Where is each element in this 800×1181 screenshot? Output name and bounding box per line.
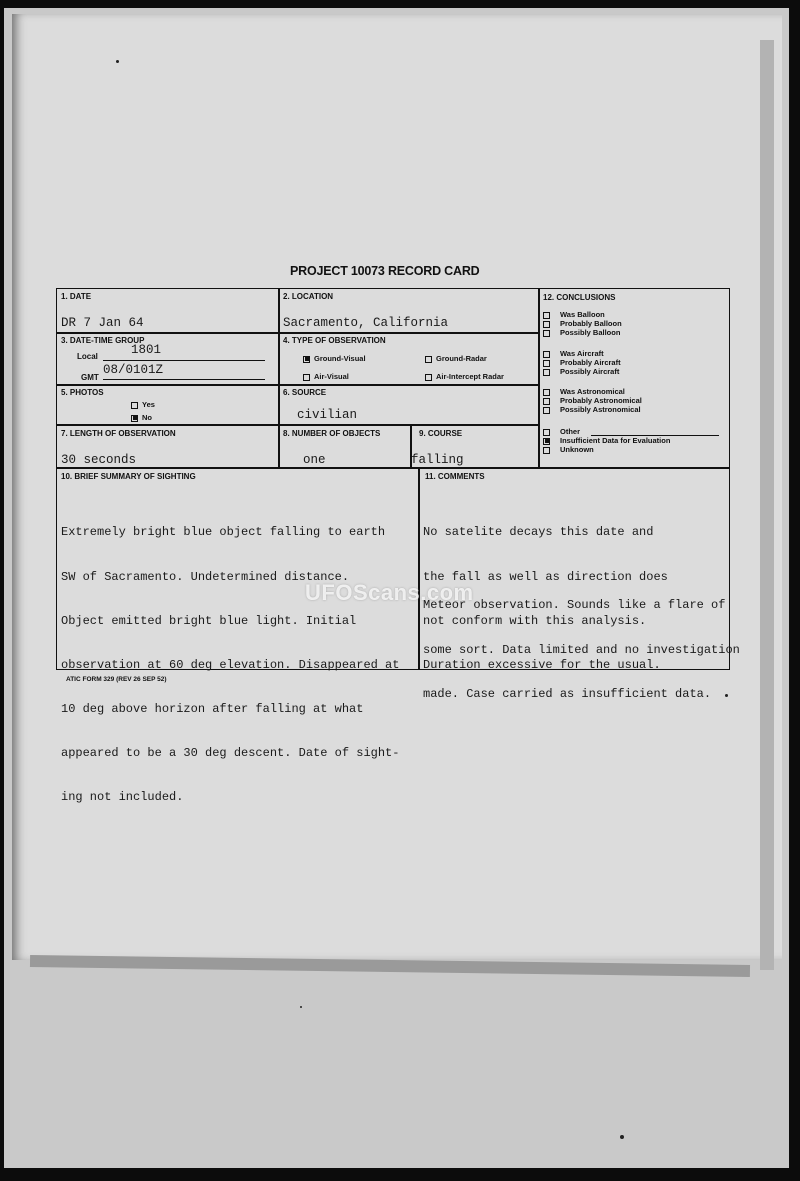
brief-summary-text: Extremely bright blue object falling to … <box>61 496 399 834</box>
record-card-form: 1. DATE DR 7 Jan 64 2. LOCATION Sacramen… <box>56 288 730 670</box>
checkbox-icon[interactable] <box>543 398 550 405</box>
conclusions-label: 12. CONCLUSIONS <box>543 293 615 302</box>
checkbox-icon[interactable] <box>543 351 550 358</box>
source-value: civilian <box>297 408 357 422</box>
checkbox-icon[interactable] <box>543 330 550 337</box>
number-of-objects-box: 8. NUMBER OF OBJECTS one <box>278 424 412 469</box>
conclusion-other[interactable]: Other <box>543 427 580 436</box>
sheet-right-edge <box>760 40 774 970</box>
option-ground-visual[interactable]: Ground-Visual <box>303 354 366 363</box>
dust-speck <box>116 60 119 63</box>
option-photos-no[interactable]: No <box>131 413 152 422</box>
comments-label: 11. COMMENTS <box>425 472 485 481</box>
number-of-objects-label: 8. NUMBER OF OBJECTS <box>283 429 380 438</box>
checkbox-icon[interactable] <box>543 429 550 436</box>
conclusion-insufficient-data[interactable]: Insufficient Data for Evaluation <box>543 436 670 445</box>
brief-summary-box: 10. BRIEF SUMMARY OF SIGHTING Extremely … <box>56 467 420 670</box>
conclusions-box: 12. CONCLUSIONS Was Balloon Probably Bal… <box>538 288 730 469</box>
source-label: 6. SOURCE <box>283 388 326 397</box>
conclusion-unknown[interactable]: Unknown <box>543 445 594 454</box>
course-value: falling <box>411 453 464 467</box>
form-footer: ATIC FORM 329 (REV 26 SEP 52) <box>66 676 167 683</box>
location-box: 2. LOCATION Sacramento, California <box>278 288 540 334</box>
option-ground-radar[interactable]: Ground-Radar <box>425 354 487 363</box>
gmt-time-value: 08/0101Z <box>103 363 163 377</box>
checkbox-icon[interactable] <box>543 360 550 367</box>
checkbox-icon[interactable] <box>131 402 138 409</box>
date-time-group-box: 3. DATE-TIME GROUP Local 1801 GMT 08/010… <box>56 332 280 386</box>
checkbox-icon[interactable] <box>425 374 432 381</box>
conclusion-possibly-aircraft[interactable]: Possibly Aircraft <box>543 367 619 376</box>
conclusion-probably-astronomical[interactable]: Probably Astronomical <box>543 396 642 405</box>
checkbox-icon[interactable] <box>425 356 432 363</box>
length-of-observation-value: 30 seconds <box>61 453 136 467</box>
source-box: 6. SOURCE civilian <box>278 384 540 426</box>
conclusion-was-astronomical[interactable]: Was Astronomical <box>543 387 625 396</box>
location-label: 2. LOCATION <box>283 292 333 301</box>
checkbox-icon[interactable] <box>543 312 550 319</box>
card-title: PROJECT 10073 RECORD CARD <box>290 264 480 278</box>
checkbox-icon[interactable] <box>543 389 550 396</box>
dust-speck <box>620 1135 624 1139</box>
type-of-observation-box: 4. TYPE OF OBSERVATION Ground-Visual Gro… <box>278 332 540 386</box>
length-of-observation-box: 7. LENGTH OF OBSERVATION 30 seconds <box>56 424 280 469</box>
conclusion-possibly-balloon[interactable]: Possibly Balloon <box>543 328 620 337</box>
option-air-visual[interactable]: Air-Visual <box>303 372 349 381</box>
date-box: 1. DATE DR 7 Jan 64 <box>56 288 280 334</box>
checkbox-icon[interactable] <box>543 447 550 454</box>
date-value: DR 7 Jan 64 <box>61 316 144 330</box>
conclusion-was-aircraft[interactable]: Was Aircraft <box>543 349 604 358</box>
length-of-observation-label: 7. LENGTH OF OBSERVATION <box>61 429 176 438</box>
location-value: Sacramento, California <box>283 316 448 330</box>
checkbox-icon[interactable] <box>543 369 550 376</box>
option-air-intercept-radar[interactable]: Air-Intercept Radar <box>425 372 504 381</box>
conclusion-possibly-astronomical[interactable]: Possibly Astronomical <box>543 405 641 414</box>
checkbox-checked-icon[interactable] <box>303 356 310 363</box>
dust-speck <box>300 1006 302 1008</box>
checkbox-checked-icon[interactable] <box>131 415 138 422</box>
gmt-label: GMT <box>81 373 99 382</box>
course-box: 9. COURSE falling <box>410 424 540 469</box>
local-label: Local <box>77 352 98 361</box>
watermark: UFOScans.com <box>305 580 474 606</box>
comments-box: 11. COMMENTS No satelite decays this dat… <box>418 467 730 670</box>
checkbox-icon[interactable] <box>543 407 550 414</box>
conclusion-was-balloon[interactable]: Was Balloon <box>543 310 605 319</box>
brief-summary-label: 10. BRIEF SUMMARY OF SIGHTING <box>61 472 196 481</box>
number-of-objects-value: one <box>303 453 326 467</box>
conclusion-probably-balloon[interactable]: Probably Balloon <box>543 319 622 328</box>
conclusion-probably-aircraft[interactable]: Probably Aircraft <box>543 358 621 367</box>
type-of-observation-label: 4. TYPE OF OBSERVATION <box>283 336 386 345</box>
photos-label: 5. PHOTOS <box>61 388 104 397</box>
date-label: 1. DATE <box>61 292 91 301</box>
photos-box: 5. PHOTOS Yes No <box>56 384 280 426</box>
course-label: 9. COURSE <box>419 429 462 438</box>
local-time-value: 1801 <box>131 343 161 357</box>
checkbox-icon[interactable] <box>303 374 310 381</box>
checkbox-icon[interactable] <box>543 321 550 328</box>
gmt-underline <box>103 379 265 380</box>
local-underline <box>103 360 265 361</box>
option-photos-yes[interactable]: Yes <box>131 400 155 409</box>
checkbox-checked-icon[interactable] <box>543 438 550 445</box>
